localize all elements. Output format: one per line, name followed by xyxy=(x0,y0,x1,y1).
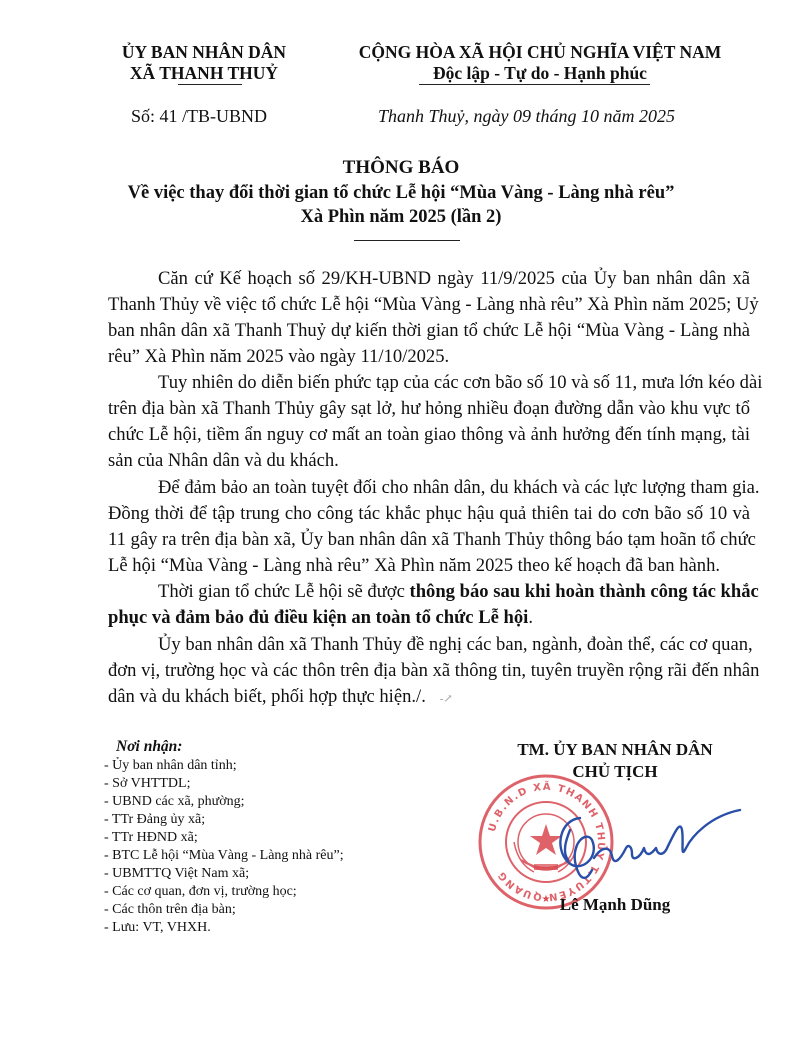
closing-text: dân và du khách biết, phối hợp thực hiện… xyxy=(108,686,426,707)
recipient-item: - Các thôn trên địa bàn; xyxy=(104,901,236,919)
body-line: dân và du khách biết, phối hợp thực hiện… xyxy=(108,684,750,712)
schedule-suffix: . xyxy=(528,607,533,628)
recipient-item: - UBND các xã, phường; xyxy=(104,793,245,811)
motto-underline xyxy=(419,84,650,85)
recipient-item: - BTC Lễ hội “Mùa Vàng - Làng nhà rêu”; xyxy=(104,847,344,865)
schedule-emphasis: phục và đảm bảo đủ điều kiện an toàn tổ … xyxy=(108,607,528,628)
issuer-name: ỦY BAN NHÂN DÂN xyxy=(108,42,300,63)
body-line: Thời gian tổ chức Lễ hội sẽ được thông b… xyxy=(108,579,750,605)
body-line: 11 gây ra trên địa bàn xã, Ủy ban nhân d… xyxy=(108,527,750,553)
body-line: Để đảm bảo an toàn tuyệt đối cho nhân dâ… xyxy=(108,475,750,501)
recipients-title: Nơi nhận: xyxy=(116,738,182,756)
recipient-item: - UBMTTQ Việt Nam xã; xyxy=(104,865,249,883)
body-line: Ủy ban nhân dân xã Thanh Thủy đề nghị cá… xyxy=(108,632,750,658)
body-line: chức Lễ hội, tiềm ẩn nguy cơ mất an toàn… xyxy=(108,422,750,448)
recipient-item: - Lưu: VT, VHXH. xyxy=(104,919,211,937)
document-subject-line1: Về việc thay đổi thời gian tổ chức Lễ hộ… xyxy=(0,183,802,204)
signatory-name: Lê Mạnh Dũng xyxy=(505,895,725,915)
schedule-emphasis: thông báo sau khi hoàn thành công tác kh… xyxy=(410,581,759,602)
body-line: đơn vị, trường học và các thôn trên địa … xyxy=(108,658,750,684)
body-line: ban nhân dân xã Thanh Thuỷ dự kiến thời … xyxy=(108,318,750,344)
place-date: Thanh Thuỷ, ngày 09 tháng 10 năm 2025 xyxy=(378,106,675,127)
body-line: Tuy nhiên do diễn biến phức tạp của các … xyxy=(108,370,750,396)
national-title: CỘNG HÒA XÃ HỘI CHỦ NGHĨA VIỆT NAM xyxy=(345,42,735,63)
document-type: THÔNG BÁO xyxy=(0,157,802,179)
recipient-item: - Sở VHTTDL; xyxy=(104,775,190,793)
document-subject-line2: Xà Phìn năm 2025 (lần 2) xyxy=(0,207,802,228)
schedule-prefix: Thời gian tổ chức Lễ hội sẽ được xyxy=(158,581,410,602)
body-line: sản của Nhân dân và du khách. xyxy=(108,448,750,474)
issuer-underline xyxy=(178,84,242,85)
body-line: phục và đảm bảo đủ điều kiện an toàn tổ … xyxy=(108,605,750,631)
scan-mark: -↗ xyxy=(440,693,453,705)
body-line: Đồng thời để tập trung cho công tác khắc… xyxy=(108,501,750,527)
recipient-item: - TTr Đảng ủy xã; xyxy=(104,811,205,829)
body-line: Căn cứ Kế hoạch số 29/KH-UBND ngày 11/9/… xyxy=(108,266,750,292)
recipient-item: - Ủy ban nhân dân tỉnh; xyxy=(104,757,237,775)
document-number: Số: 41 /TB-UBND xyxy=(131,106,267,127)
national-motto: Độc lập - Tự do - Hạnh phúc xyxy=(345,63,735,84)
recipient-item: - Các cơ quan, đơn vị, trường học; xyxy=(104,883,297,901)
body-line: trên địa bàn xã Thanh Thủy gây sạt lở, h… xyxy=(108,396,750,422)
issuer-commune: XÃ THANH THUỶ xyxy=(108,63,300,84)
body-line: rêu” Xà Phìn năm 2025 vào ngày 11/10/202… xyxy=(108,344,750,370)
handwritten-signature-icon xyxy=(540,800,750,890)
title-underline xyxy=(354,240,460,241)
signature-on-behalf: TM. ỦY BAN NHÂN DÂN xyxy=(505,740,725,760)
body-line: Thanh Thủy về việc tổ chức Lễ hội “Mùa V… xyxy=(108,292,750,318)
recipient-item: - TTr HĐND xã; xyxy=(104,829,198,847)
body-line: Lễ hội “Mùa Vàng - Làng nhà rêu” Xà Phìn… xyxy=(108,553,750,579)
